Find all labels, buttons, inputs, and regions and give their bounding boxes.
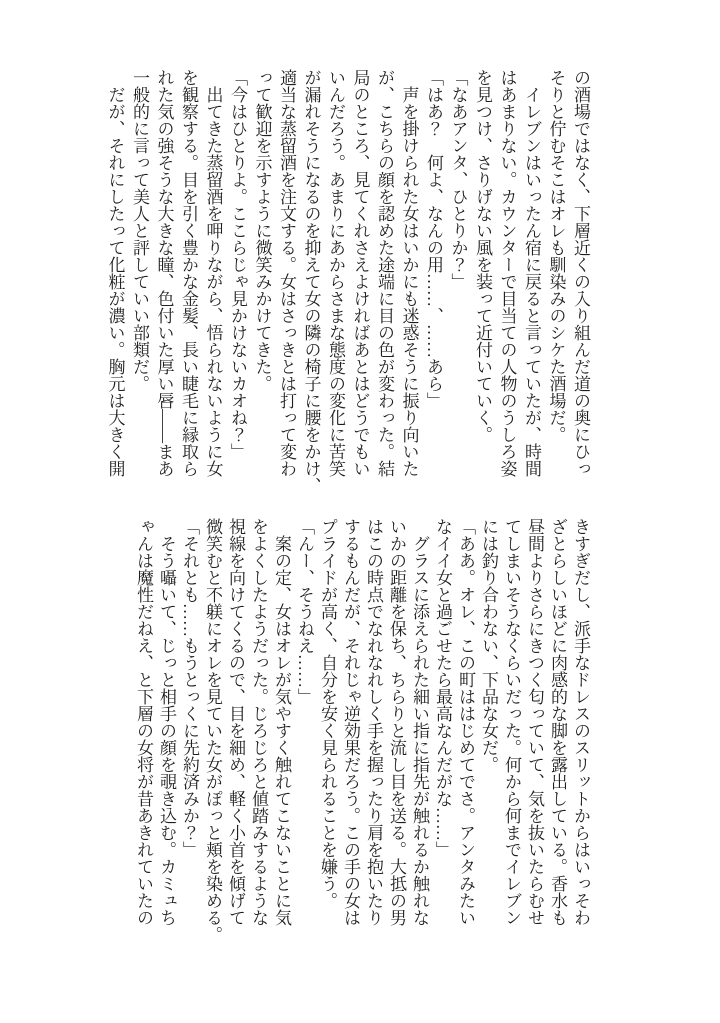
text-line: 「それとも……もうとっくに先約済みか？」 [178, 518, 201, 930]
text-block-upper: の酒場ではなく、下層近くの入り組んだ道の奥にひっそりと佇むそこはオレも馴染みのシ… [102, 69, 592, 481]
text-line: ゃんは魔性だねえ、と下層の女将が昔あきれていたの [132, 518, 155, 930]
text-line: きすぎだし、派手なドレスのスリットからはいっそわ [569, 518, 592, 930]
text-line: ざとらしいほどに肉感的な脚を露出している。香水も [546, 518, 569, 930]
text-line: なイイ女と過ごせたら最高なんだがな……」 [431, 518, 454, 930]
novel-page: の酒場ではなく、下層近くの入り組んだ道の奥にひっそりと佇むそこはオレも馴染みのシ… [0, 0, 720, 1023]
text-line: グラスに添えられた細い指に指先が触れるか触れな [408, 518, 431, 930]
text-line: 「なあアンタ、ひとりか？」 [445, 69, 470, 481]
text-line: プライドが高く、自分を安く見られることを嫌う。 [316, 518, 339, 930]
text-line: 適当な蒸留酒を注文する。女はさっきとは打って変わ [274, 69, 299, 481]
text-line: 「ああ。オレ、この町ははじめてでさ。アンタみたい [454, 518, 477, 930]
text-line: 出てきた蒸留酒を呷りながら、悟られないように女 [200, 69, 225, 481]
text-line: 昼間よりさらにきつく匂っていて、気を抜いたらむせ [523, 518, 546, 930]
text-line: をよくしたようだった。じろじろと値踏みするような [247, 518, 270, 930]
text-line: 「んー、そうねえ……」 [293, 518, 316, 930]
text-line: が漏れそうになるのを抑えて女の隣の椅子に腰をかけ、 [298, 69, 323, 481]
text-line: 局のところ、見てくれさえよければあとはどうでもい [347, 69, 372, 481]
text-line: が、こちらの顔を認めた途端に目の色が変わった。結 [372, 69, 397, 481]
text-line: を見つけ、さりげない風を装って近付いていく。 [470, 69, 495, 481]
text-line: には釣り合わない、下品な女だ。 [477, 518, 500, 930]
text-line: いかの距離を保ち、ちらりと流し目を送る。大抵の男 [385, 518, 408, 930]
text-line: はこの時点でなれなれしく手を握ったり肩を抱いたり [362, 518, 385, 930]
text-line: てしまいそうなくらいだった。何から何までイレブン [500, 518, 523, 930]
text-line: れた気の強そうな大きな瞳、色付いた厚い唇——まあ [151, 69, 176, 481]
text-line: 一般的に言って美人と評していい部類だ。 [127, 69, 152, 481]
text-line: はあまりない。カウンターで目当ての人物のうしろ姿 [494, 69, 519, 481]
text-line: 微笑むと不躾にオレを見ていた女がぽっと頬を染める。 [201, 518, 224, 930]
text-line: イレブンはいったん宿に戻ると言っていたが、時間 [519, 69, 544, 481]
text-line: 声を掛けられた女はいかにも迷惑そうに振り向いた [396, 69, 421, 481]
text-line: だが、それにしたって化粧が濃い。胸元は大きく開 [102, 69, 127, 481]
text-block-lower: きすぎだし、派手なドレスのスリットからはいっそわざとらしいほどに肉感的な脚を露出… [132, 518, 592, 930]
text-line: って歓迎を示すように微笑みかけてきた。 [249, 69, 274, 481]
text-line: するもんだが、それじゃ逆効果だろう。この手の女は [339, 518, 362, 930]
text-line: 「はあ？ 何よ、なんの用……、……あら」 [421, 69, 446, 481]
text-line: の酒場ではなく、下層近くの入り組んだ道の奥にひっ [568, 69, 593, 481]
text-line: いんだろう。あまりにあからさまな態度の変化に苦笑 [323, 69, 348, 481]
text-line: を観察する。目を引く豊かな金髪、長い睫毛に縁取ら [176, 69, 201, 481]
text-line: 「今はひとりよ。ここらじゃ見かけないカオね？」 [225, 69, 250, 481]
text-line: そう囁いて、じっと相手の顔を覗き込む。カミュち [155, 518, 178, 930]
text-line: 視線を向けてくるので、目を細め、軽く小首を傾げて [224, 518, 247, 930]
text-line: そりと佇むそこはオレも馴染みのシケた酒場だ。 [543, 69, 568, 481]
text-line: 案の定、女はオレが気やすく触れてこないことに気 [270, 518, 293, 930]
